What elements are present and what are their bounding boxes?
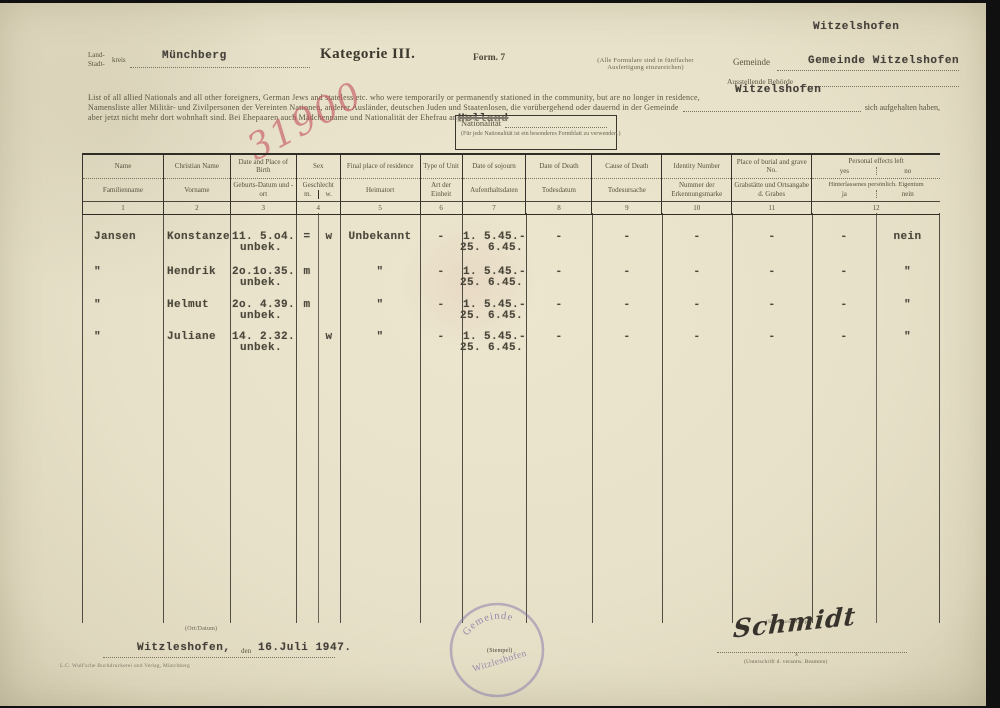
scanned-form-page: Witzelshofen Land- Stadt- kreis Münchber… — [0, 3, 986, 706]
col-death-date-de: Todesdatum — [526, 179, 591, 202]
cell-identity: - — [662, 299, 732, 311]
col-burial-en: Place of burial and grave No. — [732, 155, 811, 179]
copies-note-line1: (Alle Formulare sind in fünffacher — [583, 57, 708, 64]
cell-effects-ja: - — [812, 231, 876, 243]
col-sex-de: Geschlecht m. w. — [297, 179, 340, 202]
table-rule — [318, 213, 319, 623]
cell-name: Jansen — [94, 231, 136, 243]
signature-x-mark: x — [795, 652, 798, 658]
top-location-typed: Witzelshofen — [813, 21, 899, 33]
col-effects-en-subheaders: yes no — [813, 167, 939, 175]
col-sex-m: m. — [298, 190, 318, 198]
ort-datum-label: (Ort/Datum) — [185, 626, 217, 632]
col-residence-en: Final place of residence — [341, 155, 420, 179]
stamp-text-line1: Gemeinde — [458, 606, 518, 640]
col-sex: Sex Geschlecht m. w. 4 — [297, 155, 341, 214]
col-death-cause-en: Cause of Death — [592, 155, 661, 179]
gemeinde-blank-dotted — [683, 103, 861, 112]
col-sojourn: Date of sojourn Aufenthaltsdaten 7 — [463, 155, 527, 214]
cell-birth-place: unbek. — [240, 277, 282, 289]
nationality-label: Nationalität — [461, 118, 501, 128]
cell-death-date: - — [526, 331, 592, 343]
cell-effects-ja: - — [812, 299, 876, 311]
col-christian-name: Christian Name Vorname 2 — [164, 155, 231, 214]
table-rule — [230, 213, 231, 623]
kreis-dotted-line — [130, 66, 310, 68]
col-death-cause: Cause of Death Todesursache 9 — [592, 155, 662, 214]
behoerde-dotted-line — [800, 85, 959, 87]
kreis-label: kreis — [112, 56, 126, 64]
col-identity-en: Identity Number — [662, 155, 731, 179]
cell-burial: - — [732, 299, 812, 311]
col-birth-de: Geburts-Datum und -ort — [231, 179, 296, 202]
cell-sojourn-to: 25. 6.45. — [460, 342, 523, 354]
cell-birth-place: unbek. — [240, 310, 282, 322]
cell-effects-ja: - — [812, 331, 876, 343]
place-date-dotted-line — [103, 656, 335, 658]
col-death-date: Date of Death Todesdatum 8 — [526, 155, 592, 214]
intro-german-end: sich aufgehalten haben, — [865, 103, 940, 112]
col-sex-en: Sex — [297, 155, 340, 179]
kreis-value-typed: Münchberg — [162, 50, 227, 62]
signature-bottom-label: (Unterschrift d. verantw. Beamten) — [744, 659, 828, 665]
cell-unit-type: - — [420, 331, 462, 343]
cell-burial: - — [732, 331, 812, 343]
col-effects-nein: nein — [876, 190, 939, 198]
table-rule — [82, 213, 83, 623]
col-burial: Place of burial and grave No. Grabstätte… — [732, 155, 812, 214]
col-christian-name-de: Vorname — [164, 179, 230, 202]
cell-birth-place: unbek. — [240, 242, 282, 254]
col-effects-en: Personal effects left yes no — [812, 155, 940, 179]
col-name-de: Familienname — [83, 179, 163, 202]
cell-sojourn-to: 25. 6.45. — [460, 242, 523, 254]
col-sex-w: w. — [318, 190, 339, 198]
col-residence: Final place of residence Heimatort 5 — [341, 155, 421, 214]
cell-death-date: - — [526, 299, 592, 311]
stadt-label: Stadt- — [88, 60, 105, 68]
col-effects-de: Hinterlassenes persönlich. Eigentum ja n… — [812, 179, 940, 202]
cell-sojourn-to: 25. 6.45. — [460, 277, 523, 289]
cell-residence: Unbekannt — [340, 231, 420, 243]
cell-sex-w: w — [318, 231, 340, 243]
col-effects-no: no — [876, 167, 939, 175]
svg-text:Gemeinde: Gemeinde — [458, 606, 518, 640]
col-birth-en: Date and Place of Birth — [231, 155, 296, 179]
cell-name: " — [94, 299, 101, 311]
copies-note-line2: Ausfertigung einzureichen) — [583, 64, 708, 71]
col-residence-de: Heimatort — [341, 179, 420, 202]
cell-vorname: Hendrik — [167, 266, 216, 278]
col-sojourn-de: Aufenthaltsdaten — [463, 179, 526, 202]
col-effects-ja: ja — [813, 190, 875, 198]
col-name-en: Name — [83, 155, 163, 179]
col-death-cause-de: Todesursache — [592, 179, 661, 202]
col-sex-de-label: Geschlecht — [303, 181, 334, 189]
cell-burial: - — [732, 231, 812, 243]
table-rule — [163, 213, 164, 623]
cell-vorname: Juliane — [167, 331, 216, 343]
intro-english: List of all allied Nationals and all oth… — [88, 93, 940, 102]
printer-imprint: L.C. Wulf'sche Buchdruckerei und Verlag,… — [60, 663, 190, 669]
cell-residence: " — [340, 266, 420, 278]
table-body: Jansen Konstanze 11. 5.o4. unbek. = w Un… — [82, 213, 940, 623]
cell-identity: - — [662, 266, 732, 278]
form-number: Form. 7 — [473, 53, 505, 63]
cell-birth-place: unbek. — [240, 342, 282, 354]
col-effects-en-label: Personal effects left — [848, 157, 903, 165]
cell-death-cause: - — [592, 231, 662, 243]
cell-vorname: Konstanze — [167, 231, 230, 243]
cell-name: " — [94, 331, 101, 343]
signature-dotted-line — [717, 651, 907, 653]
form-title: Kategorie III. — [320, 46, 415, 63]
col-burial-de: Grabstätte und Ortsangabe d. Grabes — [732, 179, 811, 202]
intro-german-line1: Namensliste aller Militär- und Zivilpers… — [88, 103, 940, 112]
col-unit-type-en: Type of Unit — [421, 155, 462, 179]
cell-sex-m: = — [296, 231, 318, 243]
cell-identity: - — [662, 231, 732, 243]
cell-death-date: - — [526, 266, 592, 278]
cell-vorname: Helmut — [167, 299, 209, 311]
cell-burial: - — [732, 266, 812, 278]
table-rule — [939, 213, 940, 623]
cell-sex-w: w — [318, 331, 340, 343]
nationality-box: Nationalität (Für jede Nationalität ist … — [455, 115, 617, 150]
cell-death-date: - — [526, 231, 592, 243]
cell-name: " — [94, 266, 101, 278]
col-effects-de-subheaders: ja nein — [813, 190, 939, 198]
cell-sex-m: m — [296, 299, 318, 311]
den-label: den — [241, 647, 251, 655]
cell-residence: " — [340, 299, 420, 311]
gemeinde-dotted-line — [777, 69, 959, 71]
col-death-date-en: Date of Death — [526, 155, 591, 179]
nationality-note: (Für jede Nationalität ist ein besondere… — [461, 131, 611, 137]
col-name: Name Familienname 1 — [83, 155, 164, 214]
cell-unit-type: - — [420, 299, 462, 311]
col-unit-type-de: Art der Einheit — [421, 179, 462, 202]
cell-effects-nein: " — [876, 266, 939, 278]
col-birth: Date and Place of Birth Geburts-Datum un… — [231, 155, 297, 214]
cell-identity: - — [662, 331, 732, 343]
cell-effects-ja: - — [812, 266, 876, 278]
col-identity: Identity Number Nummer der Erkennungsmar… — [662, 155, 732, 214]
cell-death-cause: - — [592, 266, 662, 278]
cell-death-cause: - — [592, 331, 662, 343]
land-label: Land- — [88, 51, 105, 59]
gemeinde-value-typed: Gemeinde Witzelshofen — [808, 55, 959, 67]
gemeinde-label: Gemeinde — [733, 57, 770, 67]
col-unit-type: Type of Unit Art der Einheit 6 — [421, 155, 463, 214]
col-sojourn-en: Date of sojourn — [463, 155, 526, 179]
col-identity-de: Nummer der Erkennungsmarke — [662, 179, 731, 202]
col-effects-de-label: Hinterlassenes persönlich. Eigentum — [829, 181, 924, 189]
cell-unit-type: - — [420, 266, 462, 278]
date-typed: 16.Juli 1947. — [258, 642, 352, 654]
cell-effects-nein: nein — [876, 231, 939, 243]
intro-german-start: Namensliste aller Militär- und Zivilpers… — [88, 103, 679, 112]
cell-effects-nein: " — [876, 299, 939, 311]
col-effects-yes: yes — [813, 167, 875, 175]
place-typed: Witzleshofen, — [137, 642, 231, 654]
stempel-label: (Stempel) — [487, 648, 512, 654]
table-header: Name Familienname 1 Christian Name Vorna… — [82, 153, 940, 215]
col-effects: Personal effects left yes no Hinterlasse… — [812, 155, 940, 214]
nationality-dotted-line — [505, 119, 607, 128]
cell-sojourn-to: 25. 6.45. — [460, 310, 523, 322]
copies-note: (Alle Formulare sind in fünffacher Ausfe… — [583, 57, 708, 71]
cell-effects-nein: " — [876, 331, 939, 343]
col-christian-name-en: Christian Name — [164, 155, 230, 179]
cell-unit-type: - — [420, 231, 462, 243]
cell-death-cause: - — [592, 299, 662, 311]
cell-sex-m: m — [296, 266, 318, 278]
cell-residence: " — [340, 331, 420, 343]
col-sex-subheaders: m. w. — [298, 190, 339, 198]
